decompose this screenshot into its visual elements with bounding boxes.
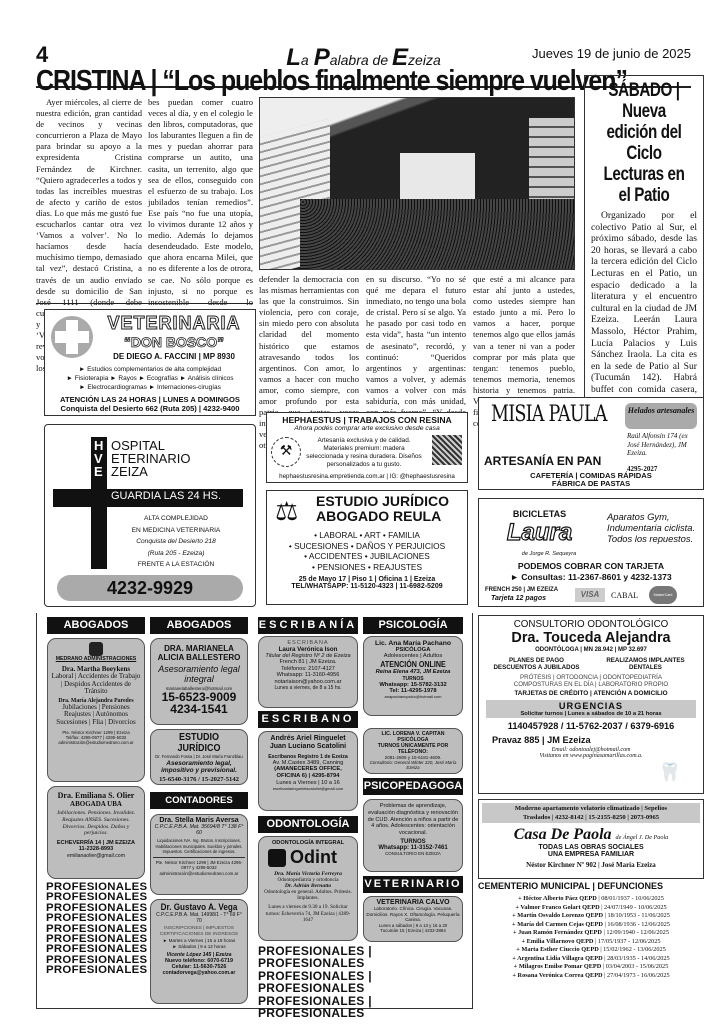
section-header-psicopedagoga: PSICOPEDAGOGA [363,778,463,795]
profesionales-banner-bottom: PROFESIONALES | PROFESIONALES PROFESIONA… [258,945,468,1019]
list-item: + Emilia Villarnovo QEPD | 17/05/1937 - … [478,938,704,947]
section-header-odontologia: ODONTOLOGÍA [258,816,358,833]
card-vega: Dr. Gustavo A. Vega C.P.C.E.P.B.A. Mat. … [150,899,248,1004]
list-item: + Valmor Franco Golart QEPD | 24/07/1949… [478,904,704,913]
column-divider [36,303,253,304]
card-veterinaria-calvo: VETERINARIA CALVO Laboratorio. Clínica. … [363,896,463,942]
card-ringuelet-scatolini: Andrés Ariel Ringuelet Juan Luciano Scat… [258,731,358,811]
mastercard-icon: MasterCard [649,586,677,604]
ad-veterinaria-don-bosco: VETERINARIA “DON BOSCO” DE DIEGO A. FACC… [44,309,256,416]
sidebar-news-box: SÁBADO | Nueva edición del Ciclo Lectura… [584,75,704,400]
ad-hospital-veterinario-ezeiza: HVE OSPITALETERINARIOZEIZA GUARDIA LAS 2… [44,424,256,607]
hospital-phone: 4232-9929 [57,575,243,601]
odint-logo-icon [268,849,286,867]
list-item: + María del Carmen Cejas QEPD | 16/08/19… [478,921,704,930]
list-item: + Juan Ramón Fernández QEPD | 12/09/1940… [478,929,704,938]
card-psicopedagoga: Problemas de aprendizaje, evaluación dia… [363,799,463,872]
ad-hephaestus: HEPHAESTUS | TRABAJOS CON RESINA Ahora p… [266,412,468,483]
card-capitan: LIC. LORENA V. CAPITAN PSICÓLOGA TURNOS … [363,728,463,774]
card-ison: ESCRIBANA Laura Verónica Ison Titular de… [258,636,358,708]
card-odint: ODONTOLOGÍA INTEGRAL Odint Dra. María Vi… [258,836,358,941]
medrano-logo-icon [89,642,103,656]
sidebar-headline: SÁBADO | Nueva edición del Ciclo Lectura… [602,80,687,206]
visa-card-icon: VISA [575,588,605,602]
list-item: + Héctor Alberto Páez QEPD | 08/01/1937 … [478,895,704,904]
card-estudio-juridico: ESTUDIO JURÍDICO Dr. Fernando Fossa | Dr… [150,729,248,785]
profesionales-banner-left: PROFESIONALESPROFESIONALESPROFESIONALESP… [46,882,148,976]
laura-logo: Laura [487,519,592,547]
section-header-escribania: ESCRIBANÍA [258,617,358,634]
card-pachano: Lic. Ana María Pachano PSICÓLOGA Adolesc… [363,636,463,716]
article-headline: CRISTINA | “Los pueblos finalmente siemp… [36,65,500,98]
card-ballestero: DRA. MARIANELA ALICIA BALLESTERO Asesora… [150,638,248,725]
article-photo-plaza-de-mayo [259,97,575,270]
ad-estudio-juridico-reula: ⚖ ESTUDIO JURÍDICOABOGADO REULA • LABORA… [266,490,468,605]
list-item: + Rosana Verónica Correa QEPD | 27/04/19… [478,972,704,981]
tooth-toothbrush-icon: 🦷 [659,762,681,783]
vet-cross-logo-icon [51,316,93,358]
ad-consultorio-odontologico: CONSULTORIO ODONTOLÓGICO Dra. Touceda Al… [478,615,704,794]
section-header-veterinario: VETERINARIO [363,876,463,893]
misia-paula-logo: MISIA PAULA [491,402,607,427]
section-header-escribano: ESCRIBANO [258,711,358,728]
defunciones-list: + Héctor Alberto Páez QEPD | 08/01/1937 … [478,895,704,980]
list-item: + Martín Osvaldo Lorenzo QEPD | 18/10/19… [478,912,704,921]
list-item: + Marta Esther Ciuccio QEPD | 15/02/1962… [478,946,704,955]
section-header-contadores: CONTADORES PÚBLICOS [150,792,248,809]
hammer-logo-icon: ⚒ [271,437,301,467]
list-item: + Milagros Emilse Pomar QEPD | 03/04/200… [478,963,704,972]
section-header-abogados-2: ABOGADOS [150,617,248,634]
issue-date: Jueves 19 de junio de 2025 [532,46,691,61]
card-aversa: Dra. Stella Maris Aversa C.P.C.E.P.B.A. … [150,814,248,895]
ad-bicicletas-laura: BICICLETAS Laura de Jorge R. Sequeyra Ap… [478,498,704,607]
ad-casa-de-paola: Moderno apartamento velatorio climatizad… [478,799,704,879]
card-medrano: MEDRANO ADMINISTRACIONES Dra. Martha Boe… [47,638,145,782]
card-olier: Dra. Emiliana S. Olier ABOGADA UBA Jubil… [47,786,145,879]
section-header-abogados: ABOGADOS [47,617,145,634]
section-header-psicologia: PSICOLOGÍA [363,617,463,634]
defunciones-header: CEMENTERIO MUNICIPAL | DEFUNCIONES [478,881,690,892]
list-item: + Argentina Lidia Villagra QEPD | 28/03/… [478,955,704,964]
qr-code-icon[interactable] [432,435,462,465]
scales-of-justice-icon: ⚖ [275,497,298,527]
ad-misia-paula: MISIA PAULA Helados artesanales Raúl Alf… [478,397,704,490]
cabal-card-icon: CABAL [611,591,638,600]
